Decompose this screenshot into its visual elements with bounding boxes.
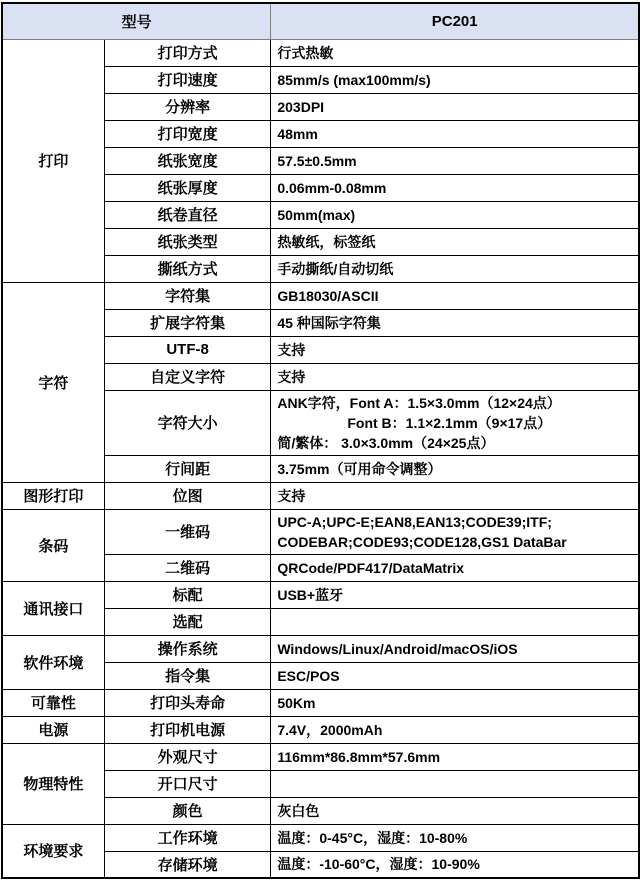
spec-name-cell: 分辨率 (104, 93, 271, 120)
spec-name-cell: 纸张宽度 (104, 147, 271, 174)
table-row: 软件环境操作系统Windows/Linux/Android/macOS/iOS (2, 635, 639, 662)
spec-value-cell: 灰白色 (271, 797, 639, 824)
spec-table: 型号 PC201 打印打印方式行式热敏打印速度85mm/s (max100mm/… (1, 2, 640, 879)
spec-name-cell: 纸卷直径 (104, 201, 271, 228)
spec-value-cell: 温度：-10-60°C，湿度：10-90% (271, 851, 639, 878)
category-cell: 通讯接口 (2, 581, 104, 635)
spec-value-cell: 行式热敏 (271, 39, 639, 66)
spec-value-cell: 85mm/s (max100mm/s) (271, 66, 639, 93)
spec-name-cell: 纸张类型 (104, 228, 271, 255)
spec-name-cell: 选配 (104, 608, 271, 635)
spec-name-cell: 工作环境 (104, 824, 271, 851)
spec-name-cell: 撕纸方式 (104, 255, 271, 282)
spec-name-cell: 指令集 (104, 662, 271, 689)
spec-value-cell: 203DPI (271, 93, 639, 120)
model-value-cell: PC201 (271, 3, 639, 39)
table-row: 打印打印方式行式热敏 (2, 39, 639, 66)
category-cell: 电源 (2, 716, 104, 743)
spec-value-cell: 手动撕纸/自动切纸 (271, 255, 639, 282)
spec-name-cell: 行间距 (104, 455, 271, 482)
spec-value-cell (271, 770, 639, 797)
spec-name-cell: 打印头寿命 (104, 689, 271, 716)
category-cell: 环境要求 (2, 824, 104, 878)
header-row: 型号 PC201 (2, 3, 639, 39)
spec-value-line: UPC-A;UPC-E;EAN8,EAN13;CODE39;ITF; (277, 512, 634, 532)
spec-value-cell: 0.06mm-0.08mm (271, 174, 639, 201)
table-row: 字符字符集GB18030/ASCII (2, 282, 639, 309)
spec-value-cell: 3.75mm（可用命令调整） (271, 455, 639, 482)
category-cell: 图形打印 (2, 482, 104, 509)
table-row: 环境要求工作环境温度：0-45°C，湿度：10-80% (2, 824, 639, 851)
spec-value-line: 简/繁体： 3.0×3.0mm（24×25点） (277, 433, 634, 453)
spec-name-cell: 扩展字符集 (104, 309, 271, 336)
category-cell: 物理特性 (2, 743, 104, 824)
spec-name-cell: 自定义字符 (104, 363, 271, 390)
spec-value-cell: QRCode/PDF417/DataMatrix (271, 554, 639, 581)
table-row: 可靠性打印头寿命50Km (2, 689, 639, 716)
spec-value-cell (271, 608, 639, 635)
spec-value-cell: 支持 (271, 482, 639, 509)
spec-value-cell: 116mm*86.8mm*57.6mm (271, 743, 639, 770)
table-row: 图形打印位图支持 (2, 482, 639, 509)
spec-name-cell: 外观尺寸 (104, 743, 271, 770)
spec-value-cell: 温度：0-45°C，湿度：10-80% (271, 824, 639, 851)
spec-value-cell: 支持 (271, 336, 639, 363)
spec-name-cell: UTF-8 (104, 336, 271, 363)
category-cell: 条码 (2, 509, 104, 581)
spec-name-cell: 打印方式 (104, 39, 271, 66)
spec-name-cell: 打印机电源 (104, 716, 271, 743)
spec-value-cell: USB+蓝牙 (271, 581, 639, 608)
spec-name-cell: 字符集 (104, 282, 271, 309)
spec-value-cell: UPC-A;UPC-E;EAN8,EAN13;CODE39;ITF;CODEBA… (271, 509, 639, 554)
spec-name-cell: 操作系统 (104, 635, 271, 662)
spec-value-line: ANK字符，Font A：1.5×3.0mm（12×24点） (277, 393, 634, 413)
spec-value-cell: 48mm (271, 120, 639, 147)
spec-name-cell: 存储环境 (104, 851, 271, 878)
spec-name-cell: 纸张厚度 (104, 174, 271, 201)
spec-value-cell: ESC/POS (271, 662, 639, 689)
category-cell: 软件环境 (2, 635, 104, 689)
spec-name-cell: 打印速度 (104, 66, 271, 93)
table-row: 通讯接口标配USB+蓝牙 (2, 581, 639, 608)
spec-value-cell: 热敏纸，标签纸 (271, 228, 639, 255)
spec-name-cell: 二维码 (104, 554, 271, 581)
spec-sheet: 型号 PC201 打印打印方式行式热敏打印速度85mm/s (max100mm/… (0, 0, 642, 879)
spec-name-cell: 位图 (104, 482, 271, 509)
spec-value-cell: 7.4V，2000mAh (271, 716, 639, 743)
spec-name-cell: 一维码 (104, 509, 271, 554)
spec-value-cell: 支持 (271, 363, 639, 390)
spec-name-cell: 字符大小 (104, 390, 271, 455)
spec-value-cell: 50Km (271, 689, 639, 716)
spec-value-cell: GB18030/ASCII (271, 282, 639, 309)
spec-name-cell: 标配 (104, 581, 271, 608)
table-row: 电源打印机电源7.4V，2000mAh (2, 716, 639, 743)
category-cell: 字符 (2, 282, 104, 482)
spec-value-cell: 45 种国际字符集 (271, 309, 639, 336)
model-label-cell: 型号 (2, 3, 271, 39)
spec-value-cell: ANK字符，Font A：1.5×3.0mm（12×24点） Font B：1.… (271, 390, 639, 455)
spec-value-cell: 57.5±0.5mm (271, 147, 639, 174)
spec-name-cell: 打印宽度 (104, 120, 271, 147)
spec-value-cell: Windows/Linux/Android/macOS/iOS (271, 635, 639, 662)
table-row: 条码一维码UPC-A;UPC-E;EAN8,EAN13;CODE39;ITF;C… (2, 509, 639, 554)
category-cell: 可靠性 (2, 689, 104, 716)
spec-name-cell: 颜色 (104, 797, 271, 824)
table-row: 物理特性外观尺寸116mm*86.8mm*57.6mm (2, 743, 639, 770)
spec-value-line: Font B：1.1×2.1mm（9×17点） (277, 413, 634, 433)
spec-value-cell: 50mm(max) (271, 201, 639, 228)
spec-name-cell: 开口尺寸 (104, 770, 271, 797)
spec-value-line: CODEBAR;CODE93;CODE128,GS1 DataBar (277, 532, 634, 552)
category-cell: 打印 (2, 39, 104, 282)
